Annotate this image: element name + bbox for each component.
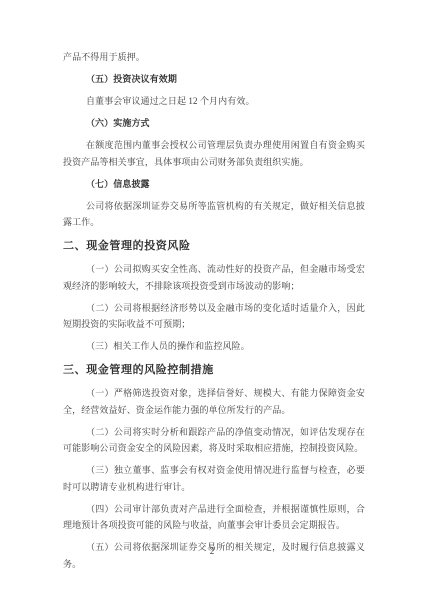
paragraph: （一）公司拟购买安全性高、流动性好的投资产品，但金融市场受宏观经济的影响较大，不… xyxy=(63,261,365,294)
paragraph: 自董事会审议通过之日起 12 个月内有效。 xyxy=(63,93,365,110)
paragraph: （一）严格筛选投资对象，选择信誉好、规模大、有能力保障资金安全，经营效益好、资金… xyxy=(63,385,365,418)
document-body: 产品不得用于质押。（五）投资决议有效期自董事会审议通过之日起 12 个月内有效。… xyxy=(63,49,365,578)
sub-section-heading: （七）信息披露 xyxy=(63,176,365,193)
document-page: 产品不得用于质押。（五）投资决议有效期自董事会审议通过之日起 12 个月内有效。… xyxy=(0,0,424,600)
paragraph: （二）公司将实时分析和跟踪产品的净值变动情况，如评估发现存在可能影响公司资金安全… xyxy=(63,424,365,457)
paragraph: 在额度范围内董事会授权公司管理层负责办理使用闲置自有资金购买投资产品等相关事宜，… xyxy=(63,137,365,170)
section-heading: 三、现金管理的风险控制措施 xyxy=(63,360,365,380)
section-heading: 二、现金管理的投资风险 xyxy=(63,236,365,256)
sub-section-heading: （六）实施方式 xyxy=(63,115,365,132)
page-number: 2 xyxy=(0,545,424,557)
paragraph: （三）独立董事、监事会有权对资金使用情况进行监督与检查，必要时可以聘请专业机构进… xyxy=(63,462,365,495)
paragraph: （四）公司审计部负责对产品进行全面检查，并根据谨慎性原则，合理地预计各项投资可能… xyxy=(63,501,365,534)
paragraph: 公司将依据深圳证券交易所等监管机构的有关规定，做好相关信息披露工作。 xyxy=(63,198,365,231)
paragraph-continuation: 产品不得用于质押。 xyxy=(63,49,365,66)
sub-section-heading: （五）投资决议有效期 xyxy=(63,71,365,88)
paragraph: （二）公司将根据经济形势以及金融市场的变化适时适量介入，因此短期投资的实际收益不… xyxy=(63,300,365,333)
paragraph: （三）相关工作人员的操作和监控风险。 xyxy=(63,338,365,355)
